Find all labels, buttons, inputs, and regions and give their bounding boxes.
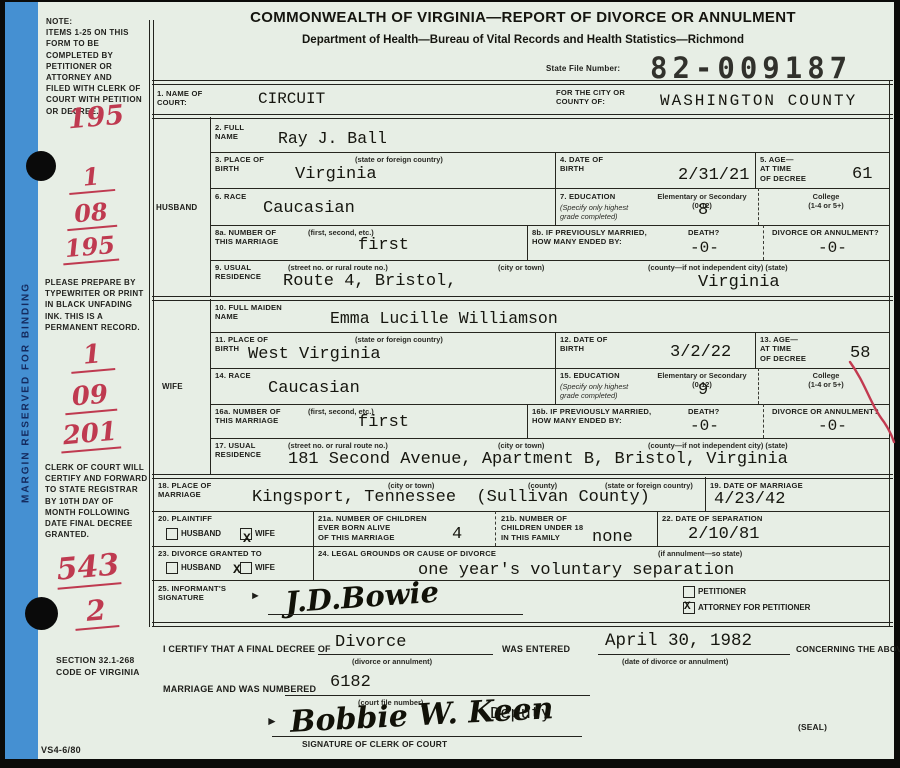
w-marriagenum-label: 16a. NUMBER OF THIS MARRIAGE xyxy=(215,407,281,426)
granted-wife-checkbox xyxy=(240,562,252,574)
handwritten-number: 1 xyxy=(67,160,116,195)
h-residence-street-hint: (street no. or rural route no.) xyxy=(288,263,388,272)
plaintiff-wife-label: WIFE xyxy=(255,529,275,538)
separation-date-label: 22. DATE OF SEPARATION xyxy=(662,514,763,523)
h-residence-city-hint: (city or town) xyxy=(498,263,544,272)
separation-date-value: 2/10/81 xyxy=(688,525,759,544)
plaintiff-husband-label: HUSBAND xyxy=(181,529,221,538)
w-birthdate-label: 12. DATE OF BIRTH xyxy=(560,335,608,354)
h-residence-county-hint: (county—if not independent city) (state) xyxy=(648,263,788,272)
decree-date-hint: (date of divorce or annulment) xyxy=(622,657,728,666)
h-education-hint: (Specify only highest grade completed) xyxy=(560,203,648,221)
attorney-label: ATTORNEY FOR PETITIONER xyxy=(698,603,810,612)
h-residence-label: 9. USUAL RESIDENCE xyxy=(215,263,261,282)
h-divorce-value: -0- xyxy=(818,239,847,257)
w-birthplace-hint: (state or foreign country) xyxy=(355,335,443,344)
w-education-label: 15. EDUCATION xyxy=(560,371,620,380)
h-fullname-value: Ray J. Ball xyxy=(278,129,387,148)
plaintiff-husband-checkbox xyxy=(166,528,178,540)
w-birthdate-value: 3/2/22 xyxy=(670,343,731,362)
h-fullname-label: 2. FULL NAME xyxy=(215,123,244,142)
court-file-number-value: 6182 xyxy=(330,673,371,692)
h-age-label: 5. AGE— AT TIME OF DECREE xyxy=(760,155,806,183)
court-name-label: 1. NAME OF COURT: xyxy=(157,89,202,108)
h-elem-value: 8 xyxy=(698,201,708,220)
handwritten-number: 1 xyxy=(69,338,116,374)
h-college-label: College (1-4 or 5+) xyxy=(772,192,880,210)
clerk-signature-label: SIGNATURE OF CLERK OF COURT xyxy=(302,739,447,750)
petitioner-label: PETITIONER xyxy=(698,587,746,596)
county-label: FOR THE CITY OR COUNTY OF: xyxy=(556,88,625,107)
seal-label: (SEAL) xyxy=(798,722,827,733)
hole-punch xyxy=(26,151,56,181)
h-residence-value: Route 4, Bristol, xyxy=(283,272,456,291)
w-residence-label: 17. USUAL RESIDENCE xyxy=(215,441,261,460)
binding-margin-strip: MARGIN RESERVED FOR BINDING xyxy=(5,2,38,759)
handwritten-number: 2 xyxy=(73,592,120,631)
h-birthdate-value: 2/31/21 xyxy=(678,166,749,185)
h-birthplace-label: 3. PLACE OF BIRTH xyxy=(215,155,264,174)
marriage-date-value: 4/23/42 xyxy=(714,490,785,509)
marriage-place-label: 18. PLACE OF MARRIAGE xyxy=(158,481,211,500)
state-file-label: State File Number: xyxy=(546,64,620,74)
granted-husband-label: HUSBAND xyxy=(181,563,221,572)
children-under18-label: 21b. NUMBER OF CHILDREN UNDER 18 IN THIS… xyxy=(501,514,583,542)
granted-wife-label: WIFE xyxy=(255,563,275,572)
plaintiff-label: 20. PLAINTIFF xyxy=(158,514,212,523)
w-fullname-value: Emma Lucille Williamson xyxy=(330,309,558,328)
h-death-label: DEATH? xyxy=(688,228,719,237)
grounds-value: one year's voluntary separation xyxy=(418,561,734,580)
w-residence-county-hint: (county—if not independent city) (state) xyxy=(648,441,788,450)
handwritten-number: 09 xyxy=(63,379,118,415)
handwritten-number: 201 xyxy=(59,416,122,453)
w-death-label: DEATH? xyxy=(688,407,719,416)
husband-section-label: HUSBAND xyxy=(156,203,197,213)
w-education-hint: (Specify only highest grade completed) xyxy=(560,382,648,400)
w-birthplace-value: West Virginia xyxy=(248,345,381,364)
county-value: WASHINGTON COUNTY xyxy=(660,92,857,110)
children-under18-value: none xyxy=(592,528,633,547)
was-entered-label: WAS ENTERED xyxy=(502,644,570,655)
granted-husband-checkbox xyxy=(166,562,178,574)
deputy-value: Deputy xyxy=(490,705,551,724)
h-marriagenum-label: 8a. NUMBER OF THIS MARRIAGE xyxy=(215,228,278,247)
wife-section-label: WIFE xyxy=(162,382,183,392)
court-name-value: CIRCUIT xyxy=(258,90,325,108)
h-marriagenum-value: first xyxy=(358,236,409,255)
w-race-value: Caucasian xyxy=(268,379,360,398)
attorney-checkmark: X xyxy=(684,601,691,613)
w-residence-value: 181 Second Avenue, Apartment B, Bristol,… xyxy=(288,450,788,469)
concerning-label: CONCERNING THE ABOVE xyxy=(796,644,900,655)
h-education-label: 7. EDUCATION xyxy=(560,192,615,201)
handwritten-number: 543 xyxy=(55,547,122,589)
informant-label: 25. INFORMANT'S SIGNATURE xyxy=(158,584,226,603)
w-age-label: 13. AGE— AT TIME OF DECREE xyxy=(760,335,806,363)
w-residence-city-hint: (city or town) xyxy=(498,441,544,450)
handwritten-number: 08 xyxy=(65,196,118,231)
marriage-place-value: Kingsport, Tennessee (Sullivan County) xyxy=(252,488,650,507)
divorce-record-scan: MARGIN RESERVED FOR BINDING NOTE: ITEMS … xyxy=(0,0,900,768)
w-death-value: -0- xyxy=(690,417,719,435)
h-race-value: Caucasian xyxy=(263,199,355,218)
handwritten-number: 195 xyxy=(65,99,127,135)
w-race-label: 14. RACE xyxy=(215,371,251,380)
children-born-label: 21a. NUMBER OF CHILDREN EVER BORN ALIVE … xyxy=(318,514,427,542)
decree-type-value: Divorce xyxy=(335,633,406,652)
h-birthplace-hint: (state or foreign country) xyxy=(355,155,443,164)
w-marriagenum-value: first xyxy=(358,413,409,432)
red-ink-mark xyxy=(840,358,898,446)
form-code: VS4-6/80 xyxy=(41,744,81,757)
informant-arrow-icon: ► xyxy=(250,590,261,604)
h-race-label: 6. RACE xyxy=(215,192,246,201)
w-elem-value: 9 xyxy=(698,381,708,400)
note-typewriter: PLEASE PREPARE BY TYPEWRITER OR PRINT IN… xyxy=(45,277,149,333)
w-fullname-label: 10. FULL MAIDEN NAME xyxy=(215,303,282,322)
form-subtitle: Department of Health—Bureau of Vital Rec… xyxy=(160,34,886,46)
w-residence-street-hint: (street no. or rural route no.) xyxy=(288,441,388,450)
hole-punch xyxy=(25,597,58,630)
decree-hint: (divorce or annulment) xyxy=(352,657,432,666)
plaintiff-wife-checkmark: X xyxy=(243,531,251,546)
handwritten-number: 195 xyxy=(61,230,119,266)
decree-date-value: April 30, 1982 xyxy=(605,631,752,651)
grounds-label: 24. LEGAL GROUNDS OR CAUSE OF DIVORCE xyxy=(318,549,496,558)
clerk-arrow-icon: ► xyxy=(266,714,278,729)
granted-wife-checkmark: X xyxy=(233,562,241,577)
note-code-section: SECTION 32.1-268 CODE OF VIRGINIA xyxy=(56,655,152,679)
form-title: COMMONWEALTH OF VIRGINIA—REPORT OF DIVOR… xyxy=(160,9,886,26)
grounds-hint: (if annulment—so state) xyxy=(658,549,742,558)
h-residence-state-value: Virginia xyxy=(698,273,780,292)
h-age-value: 61 xyxy=(852,165,872,184)
h-birthdate-label: 4. DATE OF BIRTH xyxy=(560,155,603,174)
certify-prefix: I CERTIFY THAT A FINAL DECREE OF xyxy=(163,644,331,655)
w-prevmarried-label: 16b. IF PREVIOUSLY MARRIED, HOW MANY END… xyxy=(532,407,692,426)
granted-to-label: 23. DIVORCE GRANTED TO xyxy=(158,549,262,558)
numbered-label: MARRIAGE AND WAS NUMBERED xyxy=(163,684,316,695)
note-clerk: CLERK OF COURT WILL CERTIFY AND FORWARD … xyxy=(45,462,149,540)
children-born-value: 4 xyxy=(452,525,462,544)
h-divorce-label: DIVORCE OR ANNULMENT? xyxy=(772,228,890,237)
h-death-value: -0- xyxy=(690,239,719,257)
h-birthplace-value: Virginia xyxy=(295,165,377,184)
h-prevmarried-label: 8b. IF PREVIOUSLY MARRIED, HOW MANY ENDE… xyxy=(532,228,692,247)
binding-margin-label: MARGIN RESERVED FOR BINDING xyxy=(14,152,38,632)
petitioner-checkbox xyxy=(683,586,695,598)
